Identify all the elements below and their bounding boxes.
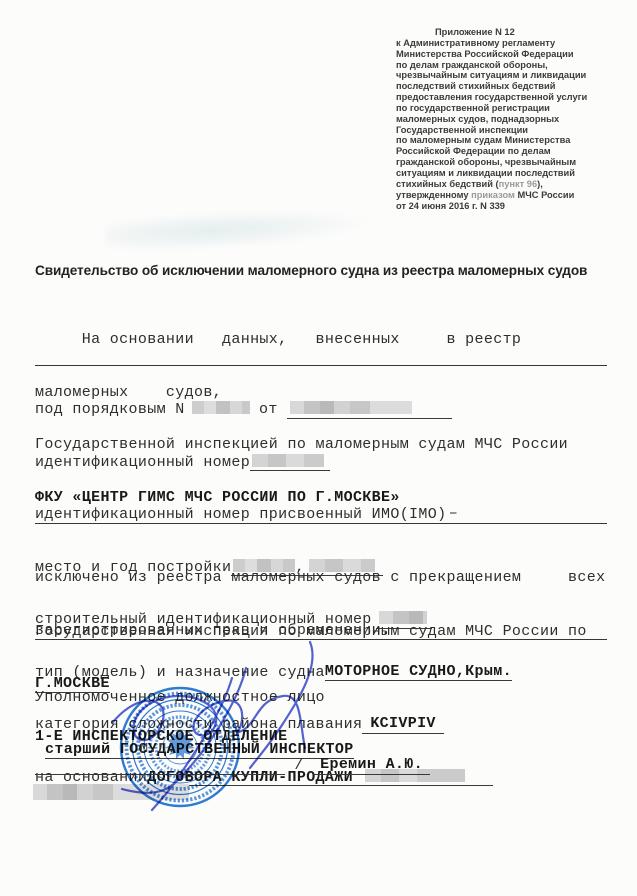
- appendix-line: по маломерным судам Министерства: [396, 135, 624, 146]
- form-underline: –: [446, 506, 460, 524]
- form-underline: [250, 454, 330, 472]
- appendix-line: стихийных бедствий (пункт 96),: [396, 179, 624, 190]
- appendix-text: утвержденному: [396, 190, 471, 200]
- redacted-value: [252, 454, 324, 467]
- scan-smudge: [104, 203, 376, 255]
- appendix-line: по государственной регистрации: [396, 103, 624, 114]
- appendix-line: Российской Федерации по делам: [396, 146, 624, 157]
- appendix-text: ),: [537, 179, 543, 189]
- appendix-line: гражданской обороны, чрезвычайным: [396, 157, 624, 168]
- appendix-reference: Приложение N 12 к Административному регл…: [396, 27, 624, 211]
- document-page: Приложение N 12 к Административному регл…: [0, 0, 637, 896]
- signature-scribble: [88, 626, 353, 821]
- field-label: идентификационный номер: [35, 454, 250, 471]
- appendix-line: предоставления государственной услуги: [396, 92, 624, 103]
- appendix-line: от 24 июня 2016 г. N 339: [396, 201, 624, 212]
- appendix-line: к Административному регламенту: [396, 38, 624, 49]
- reference-link: пункт 96: [499, 179, 538, 189]
- appendix-line: ситуациям и ликвидации последствий: [396, 168, 624, 179]
- intro-line: На основании данных, внесенных в реестр: [35, 331, 568, 349]
- field-serial-number: под порядковым N от: [35, 401, 512, 419]
- appendix-line: последствий стихийных бедствий: [396, 81, 624, 92]
- reference-link: приказом: [471, 190, 515, 200]
- redacted-value: [290, 401, 412, 414]
- field-id-number: идентификационный номер: [35, 454, 512, 472]
- appendix-text: МЧС России: [515, 190, 574, 200]
- field-label: под порядковым N: [35, 401, 185, 418]
- appendix-line: Министерства Российской Федерации: [396, 49, 624, 60]
- field-label: идентификационный номер присвоенный ИМО(…: [35, 506, 446, 523]
- appendix-line: Приложение N 12: [396, 27, 624, 38]
- field-label: от: [250, 401, 287, 418]
- field-imo-number: идентификационный номер присвоенный ИМО(…: [35, 506, 512, 524]
- appendix-line: чрезвычайным ситуациям и ликвидации: [396, 70, 624, 81]
- horizontal-rule: [35, 523, 607, 524]
- appendix-line: Государственной инспекции: [396, 125, 624, 136]
- appendix-line: по делам гражданской обороны,: [396, 60, 624, 71]
- appendix-line: маломерных судов, поднадзорных: [396, 114, 624, 125]
- form-underline: [287, 401, 452, 419]
- exclusion-line: исключено из реестра маломерных судов с …: [35, 569, 605, 587]
- appendix-line: утвержденному приказом МЧС России: [396, 190, 624, 201]
- appendix-text: стихийных бедствий (: [396, 179, 499, 189]
- document-title: Свидетельство об исключении маломерного …: [35, 263, 620, 278]
- redacted-value: [192, 401, 250, 414]
